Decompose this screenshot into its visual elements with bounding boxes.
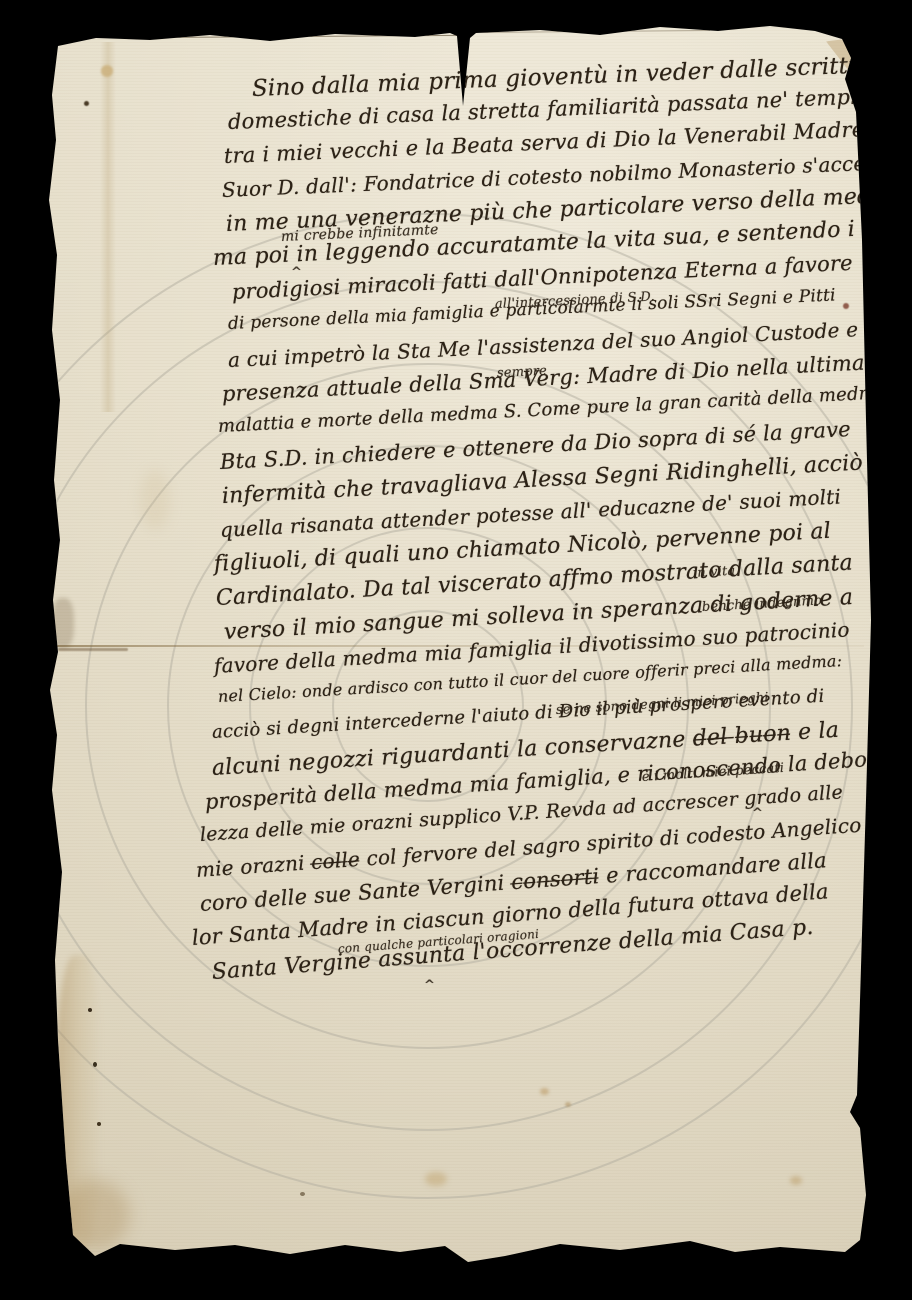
ink-speck xyxy=(300,1192,305,1196)
manuscript-line: presenza attuale della Sma Verg: Madre d… xyxy=(221,350,865,409)
ink-speck xyxy=(88,1008,92,1012)
manuscript-paper: Sino dalla mia prima gioventù in veder d… xyxy=(0,0,912,1300)
manuscript-line: mie orazni c̶o̶l̶l̶e̶ col fervore del sa… xyxy=(195,812,862,883)
manuscript-line: lor Santa Madre in ciascun giorno della … xyxy=(191,878,830,952)
watermark-circle xyxy=(250,528,606,884)
manuscript-line: quella risanata attender potesse all' ed… xyxy=(219,483,841,543)
red-speck xyxy=(843,303,849,309)
bottom-left-stain-streak xyxy=(56,955,102,1250)
manuscript-line: ma poi in leggendo accuratamte la vita s… xyxy=(212,216,855,274)
concentric-circle-watermark xyxy=(0,0,912,1300)
interlinear-insertion: e i molti miei peccati xyxy=(641,761,784,787)
manuscript-line: nel Cielo: onde ardisco con tutto il cuo… xyxy=(217,651,842,708)
foxing-spot xyxy=(790,1176,802,1185)
manuscript-line: malattia e morte della medma S. Come pur… xyxy=(217,381,887,438)
interlinear-insertion: se ne sono degni li miei prieghi xyxy=(555,690,769,719)
stain-spot xyxy=(101,65,113,77)
top-right-dogear-fold xyxy=(826,38,854,72)
insertion-caret: ^ xyxy=(424,978,435,995)
manuscript-line: Bta S.D. in chiedere e ottenere da Dio s… xyxy=(219,416,851,476)
manuscript-line: verso il mio sangue mi solleva in speran… xyxy=(223,584,854,648)
manuscript-line: Sino dalla mia prima gioventù in veder d… xyxy=(251,51,888,105)
manuscript-line: domestiche di casa la stretta familiarit… xyxy=(227,84,857,137)
watermark-circle xyxy=(168,446,688,966)
scan-background: Sino dalla mia prima gioventù in veder d… xyxy=(0,0,912,1300)
manuscript-line: lezza delle mie orazni supplico V.P. Rev… xyxy=(199,780,844,847)
manuscript-line: di persone della mia famiglia e particol… xyxy=(227,284,836,335)
watermark-circle xyxy=(86,364,770,1048)
foxing-spot xyxy=(565,1102,571,1107)
insertion-caret: ^ xyxy=(752,806,763,823)
interlinear-insertion: sempre xyxy=(497,364,548,383)
left-edge-fold-notch xyxy=(52,598,74,648)
vertical-crease xyxy=(100,42,116,412)
watermark-circle xyxy=(0,214,912,1198)
manuscript-line: Santa Vergine assunta l'occorrenze della… xyxy=(211,914,815,988)
watermark-circle xyxy=(4,282,852,1130)
manuscript-line: figliuoli, di quali uno chiamato Nicolò,… xyxy=(213,518,832,580)
manuscript-text: Sino dalla mia prima gioventù in veder d… xyxy=(0,0,912,1300)
watermark-circle xyxy=(333,611,523,801)
top-edge-crack-2 xyxy=(480,30,710,33)
manuscript-line: coro delle sue Sante Vergini c̶o̶n̶s̶o̶r… xyxy=(199,847,828,918)
manuscript-line: in me una venerazne più che particolare … xyxy=(225,181,906,239)
laid-paper-texture xyxy=(0,0,912,1300)
aging-tone-overlay xyxy=(0,0,912,1300)
interlinear-insertion: in vita xyxy=(693,564,736,583)
horizontal-fold-crease xyxy=(56,645,864,647)
manuscript-line: tra i miei vecchi e la Beata serva di Di… xyxy=(223,116,864,170)
foxing-spot xyxy=(540,1088,549,1095)
faint-smudge xyxy=(140,470,170,530)
interlinear-insertion: all'intercessione di S.D. xyxy=(495,289,656,313)
interlinear-insertion: mi crebbe infinitamte xyxy=(281,221,439,246)
ink-speck xyxy=(93,1062,97,1067)
foxing-spot xyxy=(425,1172,447,1186)
manuscript-line: favore della medma mia famiglia il divot… xyxy=(213,616,850,679)
bottom-left-corner-stain xyxy=(60,1180,130,1250)
manuscript-line: a cui impetrò la Sta Me l'assistenza del… xyxy=(227,315,884,373)
ink-speck xyxy=(97,1122,101,1126)
manuscript-line: prodigiosi miracoli fatti dall'Onnipoten… xyxy=(231,250,853,307)
fold-crease-dark-end xyxy=(58,648,128,651)
manuscript-line: prosperità della medma mia famiglia, e r… xyxy=(204,746,875,817)
manuscript-line: alcuni negozzi riguardanti la conservazn… xyxy=(211,717,840,784)
interlinear-insertion: con qualche particolari oragioni xyxy=(337,927,539,958)
manuscript-line: Suor D. dall': Fondatrice di cotesto nob… xyxy=(221,149,888,203)
top-edge-crack xyxy=(140,35,460,38)
ink-speck xyxy=(84,101,89,106)
interlinear-insertion: benché indegnmo xyxy=(702,593,823,617)
manuscript-line: acciò si degni intercederne l'aiuto di D… xyxy=(211,685,825,745)
manuscript-line: infermità che travagliava Alessa Segni R… xyxy=(221,449,863,511)
insertion-caret: ^ xyxy=(291,265,302,282)
manuscript-line: Cardinalato. Da tal viscerato affmo most… xyxy=(215,549,853,613)
